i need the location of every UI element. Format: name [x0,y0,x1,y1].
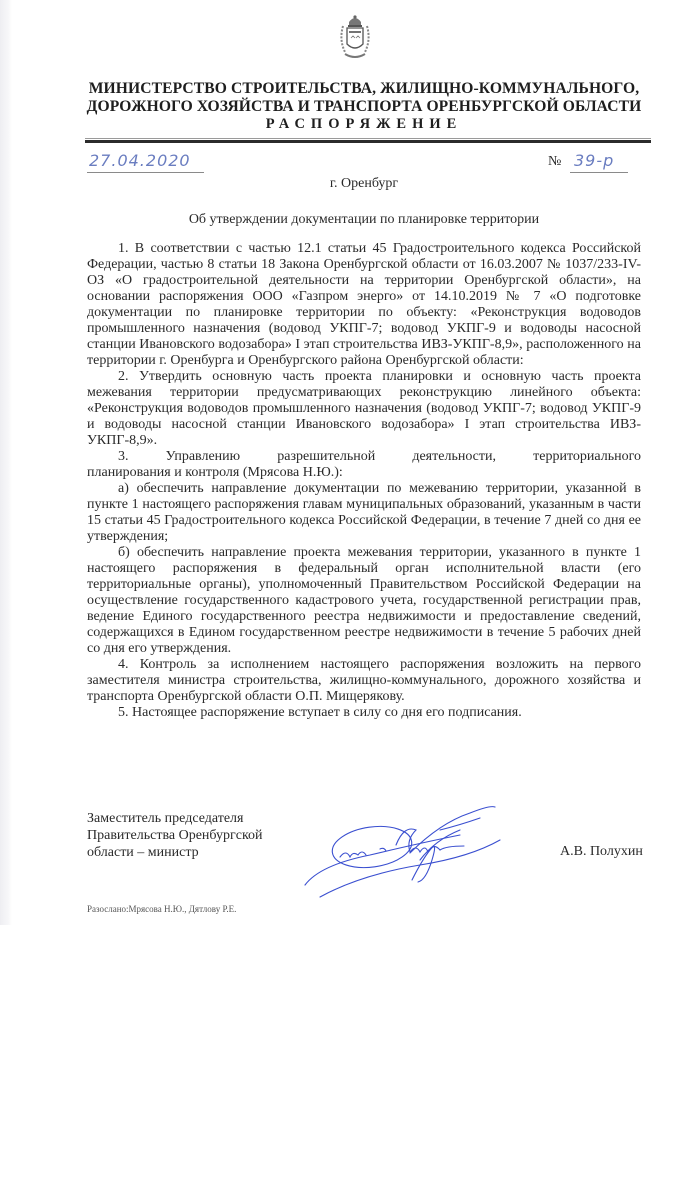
header-rule-thick [85,140,651,143]
signer-position-line3: области – министр [87,844,263,861]
date-field: 27.04.2020 [87,150,204,173]
document-subject: Об утверждении документации по планировк… [80,212,648,228]
paragraph-3-heading: 3. Управлению разрешительной деятельност… [87,449,641,465]
date-value: 27.04.2020 [89,151,191,170]
signer-position-line1: Заместитель председателя [87,810,263,827]
number-field: 39-р [570,150,628,173]
header-rule-thin [85,138,651,139]
document-body: 1. В соответствии с частью 12.1 статьи 4… [87,241,641,721]
signer-position-line2: Правительства Оренбургской [87,827,263,844]
paragraph-5: 5. Настоящее распоряжение вступает в сил… [87,705,641,721]
scan-edge [0,0,12,925]
paragraph-3-heading-cont: планирования и контроля (Мрясова Н.Ю.): [87,465,641,481]
ministry-name-line1: МИНИСТЕРСТВО СТРОИТЕЛЬСТВА, ЖИЛИЩНО-КОММ… [80,80,648,98]
handwritten-signature-icon [300,805,515,900]
coat-of-arms-icon [335,12,375,62]
city: г. Оренбург [80,176,648,192]
paragraph-2: 2. Утвердить основную часть проекта план… [87,369,641,449]
paragraph-4: 4. Контроль за исполнением настоящего ра… [87,657,641,705]
ministry-name: МИНИСТЕРСТВО СТРОИТЕЛЬСТВА, ЖИЛИЩНО-КОММ… [80,80,648,116]
signer-name: А.В. Полухин [560,844,643,860]
ministry-name-line2: ДОРОЖНОГО ХОЗЯЙСТВА И ТРАНСПОРТА ОРЕНБУР… [80,98,648,116]
number-value: 39-р [574,151,614,170]
signer-position: Заместитель председателя Правительства О… [87,810,263,861]
distribution-list: Разослано:Мрясова Н.Ю., Дятлову Р.Е. [87,904,236,914]
paragraph-3a: а) обеспечить направление документации п… [87,481,641,545]
paragraph-1: 1. В соответствии с частью 12.1 статьи 4… [87,241,641,369]
paragraph-3b: б) обеспечить направление проекта межева… [87,545,641,657]
document-type: РАСПОРЯЖЕНИЕ [80,116,648,133]
number-label: № [548,154,561,170]
